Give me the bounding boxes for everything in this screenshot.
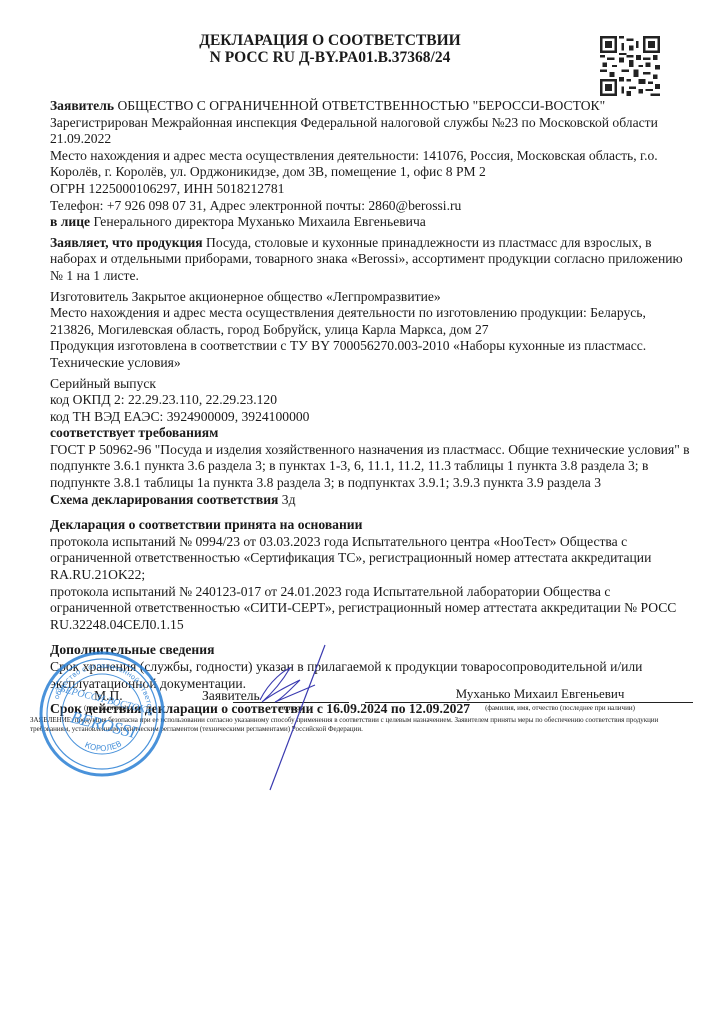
requirements-label-text: соответствует требованиям [50,425,218,440]
manufacturer-name: Изготовитель Закрытое акционерное общест… [50,289,690,306]
scheme-label: Схема декларирования соответствия [50,492,278,507]
product-label: Заявляет, что продукция [50,235,203,250]
applicant-registration: Зарегистрирован Межрайонная инспекция Фе… [50,115,690,148]
requirements-text: ГОСТ Р 50962-96 "Посуда и изделия хозяйс… [50,442,690,492]
product-line: Заявляет, что продукция Посуда, столовые… [50,235,690,285]
basis-protocol-1: протокола испытаний № 0994/23 от 03.03.2… [50,534,690,584]
basis-label-text: Декларация о соответствии принята на осн… [50,517,362,532]
scheme-value: 3д [282,492,296,507]
basis-protocol-2: протокола испытаний № 240123-017 от 24.0… [50,584,690,634]
signatory-name: Муханько Михаил Евгеньевич [400,686,680,702]
applicant-ids: ОГРН 1225000106297, ИНН 5018212781 [50,181,690,198]
company-stamp-icon: общество с ограниченной ответственностью… [38,650,166,778]
fio-line [365,702,693,703]
applicant-line: Заявитель ОБЩЕСТВО С ОГРАНИЧЕННОЙ ОТВЕТС… [50,98,690,115]
declaration-number: N РОСС RU Д-BY.PA01.B.37368/24 [0,49,660,66]
signature-icon [230,640,350,800]
applicant-address: Место нахождения и адрес места осуществл… [50,148,690,181]
scheme-line: Схема декларирования соответствия 3д [50,492,690,509]
manufacturer-address: Место нахождения и адрес места осуществл… [50,305,690,338]
applicant-representative: в лице Генерального директора Муханько М… [50,214,690,231]
declaration-page: ДЕКЛАРАЦИЯ О СООТВЕТСТВИИ N РОСС RU Д-BY… [0,0,722,1027]
requirements-label: соответствует требованиям [50,425,690,442]
manufacturer-spec: Продукция изготовлена в соответствии с Т… [50,338,690,371]
declaration-body: Заявитель ОБЩЕСТВО С ОГРАНИЧЕННОЙ ОТВЕТС… [50,98,690,718]
rep-label: в лице [50,214,90,229]
okpd-code: код ОКПД 2: 22.29.23.110, 22.29.23.120 [50,392,690,409]
svg-text:«БЕРОССИ-ВОСТОК»: «БЕРОССИ-ВОСТОК» [54,682,152,716]
tnved-code: код ТН ВЭД ЕАЭС: 3924900009, 3924100000 [50,409,690,426]
document-title: ДЕКЛАРАЦИЯ О СООТВЕТСТВИИ [0,32,660,49]
applicant-contacts: Телефон: +7 926 098 07 31, Адрес электро… [50,198,690,215]
svg-text:BEROSSI: BEROSSI [69,707,139,742]
release-type: Серийный выпуск [50,376,690,393]
applicant-name: ОБЩЕСТВО С ОГРАНИЧЕННОЙ ОТВЕТСТВЕННОСТЬЮ… [117,98,605,113]
basis-label: Декларация о соответствии принята на осн… [50,517,690,534]
fio-sublabel: (фамилия, имя, отчество (последнее при н… [430,704,690,712]
rep-name: Генерального директора Муханько Михаила … [93,214,425,229]
qr-code-icon [598,36,662,96]
applicant-label: Заявитель [50,98,114,113]
